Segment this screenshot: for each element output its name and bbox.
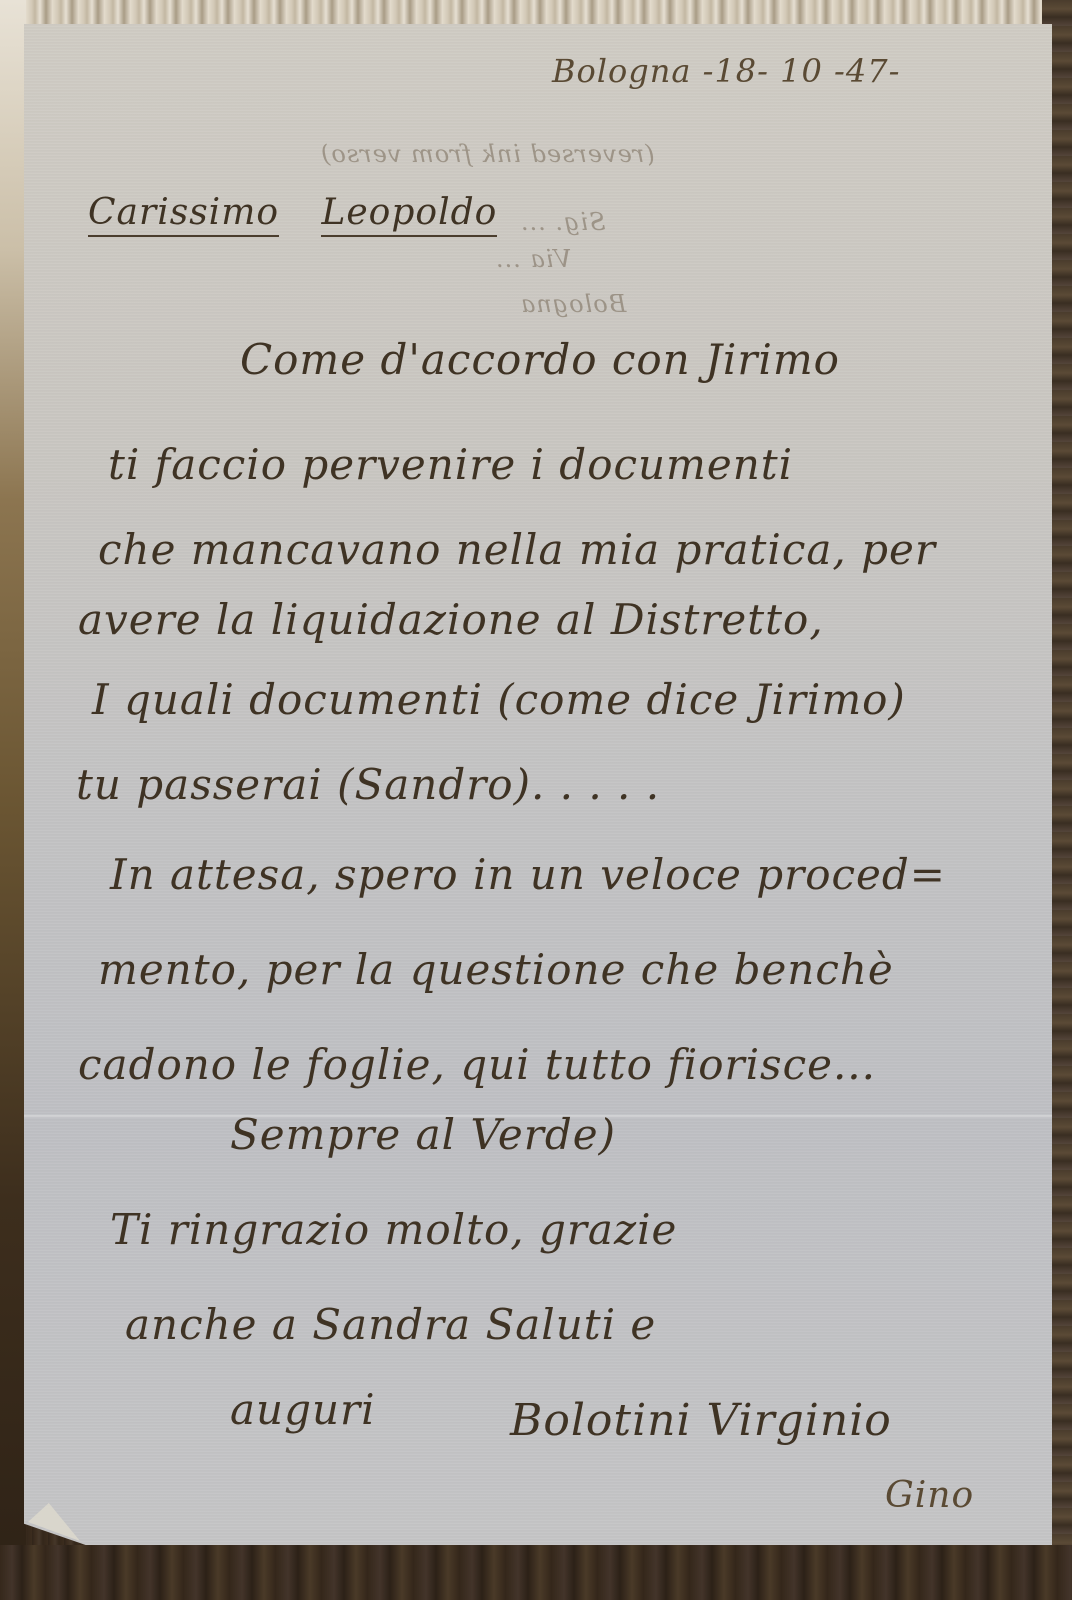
signature-nickname: Gino bbox=[885, 1475, 974, 1516]
body-line: I quali documenti (come dice Jirimo) bbox=[92, 675, 906, 724]
body-line: auguri bbox=[230, 1385, 376, 1434]
body-line: Come d'accordo con Jirimo bbox=[240, 335, 840, 384]
place-date: Bologna -18- 10 -47- bbox=[552, 52, 900, 90]
salutation-word: Carissimo bbox=[88, 192, 279, 237]
wood-background-left bbox=[0, 0, 26, 1600]
body-line: ti faccio pervenire i documenti bbox=[108, 440, 793, 489]
body-line: Ti ringrazio molto, grazie bbox=[110, 1205, 677, 1254]
salutation: Carissimo Leopoldo bbox=[88, 192, 527, 233]
body-line: avere la liquidazione al Distretto, bbox=[78, 595, 824, 644]
body-line: tu passerai (Sandro). . . . . bbox=[76, 760, 660, 809]
body-line: che mancavano nella mia pratica, per bbox=[98, 525, 936, 574]
wood-background-bottom bbox=[0, 1545, 1072, 1600]
bleed-through-line: (reversed ink from verso) bbox=[320, 140, 655, 168]
salutation-name: Leopoldo bbox=[321, 192, 497, 237]
bleed-through-line: Bologna bbox=[520, 290, 626, 318]
body-line: mento, per la questione che benchè bbox=[98, 945, 894, 994]
signature: Bolotini Virginio bbox=[510, 1395, 892, 1446]
bleed-through-line: Via ... bbox=[495, 245, 571, 273]
body-line: Sempre al Verde) bbox=[230, 1110, 616, 1159]
body-line: anche a Sandra Saluti e bbox=[125, 1300, 656, 1349]
body-line: cadono le foglie, qui tutto fiorisce... bbox=[78, 1040, 876, 1089]
bleed-through-line: Sig. ... bbox=[520, 208, 606, 236]
body-line: In attesa, spero in un veloce proced= bbox=[110, 850, 946, 899]
wood-background-top bbox=[0, 0, 1072, 28]
